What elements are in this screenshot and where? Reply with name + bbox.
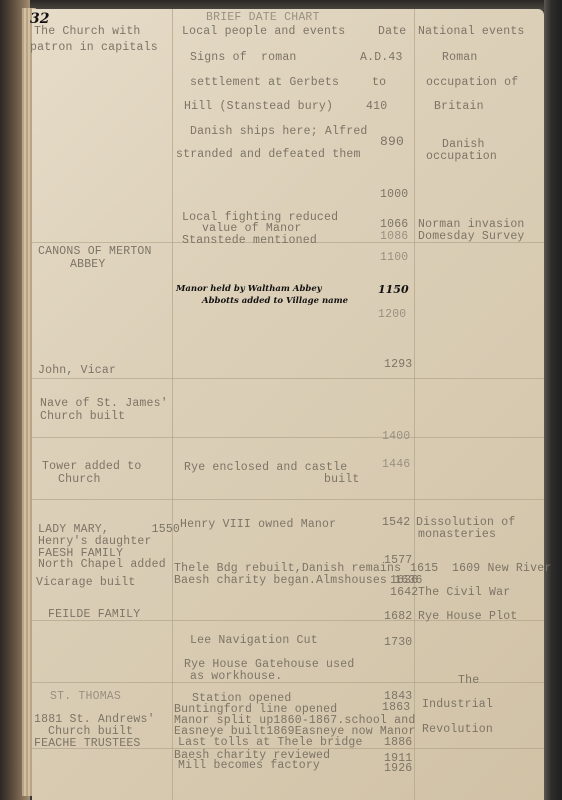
local-entry: Hill (Stanstead bury) bbox=[184, 101, 333, 113]
local-entry: as workhouse. bbox=[190, 671, 282, 683]
header-church-line1: The Church with bbox=[34, 26, 141, 38]
national-entry: 1609 New River bbox=[452, 563, 551, 575]
header-national: National events bbox=[418, 26, 525, 38]
date-value: 1293 bbox=[384, 359, 412, 371]
church-entry: Church bbox=[58, 474, 101, 486]
row-rule bbox=[32, 378, 544, 379]
book-cover-edge bbox=[544, 0, 562, 800]
date-value: 1886 bbox=[384, 737, 412, 749]
header-date: Date bbox=[378, 26, 406, 38]
national-entry: Domesday Survey bbox=[418, 231, 525, 243]
church-entry: Nave of St. James' bbox=[40, 398, 168, 410]
header-local: Local people and events bbox=[182, 26, 345, 38]
national-entry: The Civil War bbox=[418, 587, 510, 599]
date-value: 1200 bbox=[378, 309, 406, 321]
local-entry: Lee Navigation Cut bbox=[190, 635, 318, 647]
local-entry: built bbox=[324, 474, 360, 486]
ledger-page: 32 BRIEF DATE CHART The Church with patr… bbox=[32, 9, 544, 800]
date-value: 1682 bbox=[384, 611, 412, 623]
date-value: 1542 bbox=[382, 517, 410, 529]
date-value: 1086 bbox=[380, 231, 408, 243]
local-entry: Baesh charity began.Almshouses 1636 bbox=[174, 575, 423, 587]
date-value: 1863 bbox=[382, 702, 410, 714]
local-entry: Mill becomes factory bbox=[178, 760, 320, 772]
date-value: 1926 bbox=[384, 763, 412, 775]
date-value: 1100 bbox=[380, 252, 408, 264]
date-value: 1730 bbox=[384, 637, 412, 649]
church-entry: John, Vicar bbox=[38, 365, 116, 377]
national-entry: Britain bbox=[434, 101, 484, 113]
church-entry: ST. THOMAS bbox=[50, 691, 121, 703]
date-value: 1642 bbox=[390, 587, 418, 599]
handwritten-note: Abbotts added to Village name bbox=[202, 296, 348, 306]
national-entry: Revolution bbox=[422, 724, 493, 736]
local-entry: Signs of roman bbox=[190, 52, 297, 64]
national-entry: occupation bbox=[426, 151, 497, 163]
national-entry: The bbox=[458, 675, 479, 687]
national-entry: Industrial bbox=[422, 699, 493, 711]
national-entry: monasteries bbox=[418, 529, 496, 541]
church-entry: FEACHE TRUSTEES bbox=[34, 738, 141, 750]
local-entry: Stanstede mentioned bbox=[182, 235, 317, 247]
row-rule bbox=[32, 499, 544, 500]
national-entry: Roman bbox=[442, 52, 478, 64]
local-entry: stranded and defeated them bbox=[176, 149, 361, 161]
date-value: A.D.43 bbox=[360, 52, 403, 64]
local-entry: Last tolls at Thele bridge bbox=[178, 737, 363, 749]
church-entry: Tower added to bbox=[42, 461, 141, 473]
date-value: 890 bbox=[380, 136, 404, 148]
national-entry: Rye House Plot bbox=[418, 611, 517, 623]
header-church-line2: patron in capitals bbox=[30, 42, 158, 54]
date-value: 410 bbox=[366, 101, 387, 113]
local-entry: settlement at Gerbets bbox=[190, 77, 339, 89]
church-entry: CANONS OF MERTON bbox=[38, 246, 152, 258]
date-value: 1577 bbox=[384, 555, 412, 567]
date-value: 1446 bbox=[382, 459, 410, 471]
church-entry: ABBEY bbox=[70, 259, 106, 271]
local-entry: Rye enclosed and castle bbox=[184, 462, 347, 474]
local-entry: Danish ships here; Alfred bbox=[190, 126, 368, 138]
church-entry: FEILDE FAMILY bbox=[48, 609, 140, 621]
row-rule bbox=[32, 437, 544, 438]
national-entry: occupation of bbox=[426, 77, 518, 89]
handwritten-note: Manor held by Waltham Abbey bbox=[176, 284, 322, 294]
church-entry: Church built bbox=[40, 411, 125, 423]
chart-title: BRIEF DATE CHART bbox=[206, 12, 320, 24]
date-value-handwritten: 1150 bbox=[378, 283, 409, 296]
date-value: to bbox=[372, 77, 386, 89]
church-entry: North Chapel added bbox=[38, 559, 166, 571]
date-value: 1400 bbox=[382, 431, 410, 443]
church-entry: Vicarage built bbox=[36, 577, 135, 589]
local-entry: Henry VIII owned Manor bbox=[180, 519, 336, 531]
date-value: 1000 bbox=[380, 189, 408, 201]
